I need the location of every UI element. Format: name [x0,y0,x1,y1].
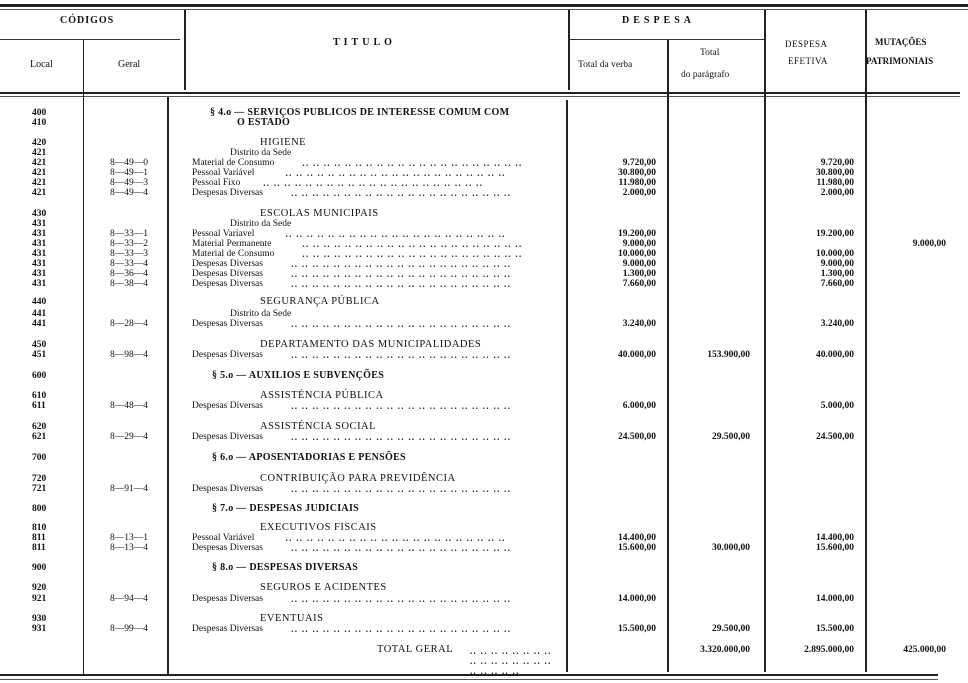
cell-geral: 8—33—4 [110,259,148,269]
cell-geral: 8—48—4 [110,401,148,411]
header-total-verba: Total da verba [578,60,632,70]
cell-local: 431 [32,279,46,289]
cell-despesa-efetiva: 14.400,00 [770,533,854,543]
cell-local: 931 [32,624,46,634]
cell-local: 930 [32,614,46,624]
cell-despesa-efetiva: 15.500,00 [770,624,854,634]
cell-local: 610 [32,391,46,401]
cell-local: 621 [32,432,46,442]
cell-total-verba: 9.000,00 [572,259,656,269]
leader-dots: .. .. .. .. .. .. .. .. .. .. .. .. .. .… [291,401,562,411]
cell-total-verba: 15.500,00 [572,624,656,634]
cell-total-verba: 14.000,00 [572,594,656,604]
local-geral-separator [83,40,84,675]
cell-local: 451 [32,350,46,360]
header-mutacoes-2: PATRIMONIAIS [866,56,933,66]
cell-despesa-efetiva: 1.300,00 [770,269,854,279]
cell-local: 721 [32,484,46,494]
cell-geral: 8—33—2 [110,239,148,249]
header-despesa-efetiva-2: EFETIVA [788,56,828,66]
codigos-titulo-separator [167,97,169,674]
section-title: § 8.o — DESPESAS DIVERSAS [212,563,358,573]
header-titulo: TITULO [333,38,396,48]
cell-geral: 8—28—4 [110,319,148,329]
leader-dots: .. .. .. .. .. .. .. .. .. .. .. .. .. .… [291,543,562,553]
cell-local: 431 [32,259,46,269]
header-total-paragrafo-2: do parágrafo [681,70,729,80]
bottom-rule-thin [0,679,938,680]
cell-local: 431 [32,219,46,229]
budget-table-page: CÓDIGOS Local Geral TITULO DESPESA Total… [0,0,968,683]
section-title: § 6.o — APOSENTADORIAS E PENSÕES [212,453,406,463]
header-rule [0,92,960,94]
cell-total-verba: 9.000,00 [572,239,656,249]
line-item-title: Despesas Diversas [192,594,263,604]
leader-dots: .. .. .. .. .. .. .. .. .. .. .. .. .. .… [291,594,562,604]
cell-geral: 8—29—4 [110,432,148,442]
cell-local: 421 [32,178,46,188]
leader-dots: .. .. .. .. .. .. .. .. .. .. .. .. .. .… [263,178,562,188]
cell-local: 900 [32,563,46,573]
subsection-title: CONTRIBUIÇÃO PARA PREVIDÊNCIA [260,474,456,484]
cell-total-verba: 10.000,00 [572,249,656,259]
cell-local: 600 [32,371,46,381]
cell-local: 800 [32,504,46,514]
line-item-title: Despesas Diversas [192,350,263,360]
cell-despesa-efetiva: 30.800,00 [770,168,854,178]
cell-despesa-efetiva: 5.000,00 [770,401,854,411]
leader-dots: .. .. .. .. .. .. .. .. .. .. .. .. .. .… [302,158,562,168]
section-title: § 5.o — AUXILIOS E SUBVENÇÕES [212,371,384,381]
line-item-title: Despesas Diversas [192,543,263,553]
cell-total-verba: 7.660,00 [572,279,656,289]
leader-dots: .. .. .. .. .. .. .. .. .. .. .. .. .. .… [291,432,562,442]
top-rule [0,4,968,7]
cell-local: 440 [32,297,46,307]
cell-local: 720 [32,474,46,484]
line-item-title: Despesas Diversas [192,319,263,329]
cell-local: 431 [32,249,46,259]
header-local: Local [30,60,53,70]
cell-despesa-efetiva: 14.000,00 [770,594,854,604]
bottom-rule [0,674,938,676]
total-mutacoes: 425.000,00 [870,645,946,655]
cell-local: 431 [32,239,46,249]
cell-despesa-efetiva: 40.000,00 [770,350,854,360]
cell-local: 620 [32,422,46,432]
cell-geral: 8—94—4 [110,594,148,604]
section-title: § 7.o — DESPESAS JUDICIAIS [212,504,359,514]
line-item-title: Pessoal Fixo [192,178,240,188]
cell-total-verba: 11.980,00 [572,178,656,188]
paragrafo-efetiva-separator [764,10,766,672]
cell-local: 811 [32,543,46,553]
cell-despesa-efetiva: 9.720,00 [770,158,854,168]
cell-geral: 8—49—4 [110,188,148,198]
cell-local: 810 [32,523,46,533]
cell-total-paragrafo: 29.500,00 [670,624,750,634]
cell-despesa-efetiva: 3.240,00 [770,319,854,329]
cell-geral: 8—13—1 [110,533,148,543]
header-codigos: CÓDIGOS [60,16,114,26]
header-rule-thin [0,96,960,97]
cell-local: 410 [32,118,46,128]
subsection-title: EXECUTIVOS FISCAIS [260,523,377,533]
cell-geral: 8—33—3 [110,249,148,259]
cell-local: 441 [32,309,46,319]
cell-total-verba: 30.800,00 [572,168,656,178]
titulo-despesa-separator-head [568,10,570,90]
leader-dots: .. .. .. .. .. .. .. .. .. .. .. .. .. .… [291,624,562,634]
line-item-title: Despesas Diversas [192,484,263,494]
cell-geral: 8—98—4 [110,350,148,360]
cell-despesa-efetiva: 24.500,00 [770,432,854,442]
cell-despesa-efetiva: 15.600,00 [770,543,854,553]
cell-local: 611 [32,401,46,411]
cell-geral: 8—38—4 [110,279,148,289]
cell-geral: 8—99—4 [110,624,148,634]
cell-local: 441 [32,319,46,329]
cell-local: 421 [32,188,46,198]
leader-dots: .. .. .. .. .. .. .. .. .. .. .. .. .. .… [286,533,562,543]
line-item-title: Pessoal Variável [192,533,254,543]
leader-dots: .. .. .. .. .. .. .. .. .. .. .. .. .. .… [291,279,562,289]
titulo-verba-separator [566,100,568,672]
cell-local: 421 [32,168,46,178]
header-total-paragrafo-1: Total [700,48,719,58]
line-item-title: Pessoal Variável [192,168,254,178]
header-mutacoes-1: MUTAÇÕES [875,37,926,47]
cell-total-verba: 40.000,00 [572,350,656,360]
cell-local: 400 [32,108,46,118]
district-label: Distrito da Sede [230,219,291,229]
subsection-title: SEGURANÇA PÚBLICA [260,297,380,307]
leader-dots: .. .. .. .. .. .. .. .. .. .. .. .. .. .… [286,168,562,178]
cell-despesa-efetiva: 9.000,00 [770,259,854,269]
cell-geral: 8—91—4 [110,484,148,494]
total-efetiva: 2.895.000,00 [770,645,854,655]
cell-local: 431 [32,229,46,239]
cell-geral: 8—49—0 [110,158,148,168]
subsection-title: ESCOLAS MUNICIPAIS [260,209,379,219]
line-item-title: Despesas Diversas [192,401,263,411]
cell-geral: 8—49—1 [110,168,148,178]
verba-paragrafo-separator [667,40,669,672]
cell-geral: 8—49—3 [110,178,148,188]
subsection-title: HIGIENE [260,138,306,148]
cell-local: 421 [32,148,46,158]
cell-despesa-efetiva: 2.000,00 [770,188,854,198]
header-despesa-efetiva-1: DESPESA [785,39,828,49]
leader-dots: .. .. .. .. .. .. .. .. .. .. .. .. .. .… [291,350,562,360]
top-rule-thin [0,9,968,10]
cell-total-paragrafo: 153.900,00 [670,350,750,360]
cell-total-verba: 3.240,00 [572,319,656,329]
cell-local: 430 [32,209,46,219]
cell-mutacoes: 9.000,00 [870,239,946,249]
cell-local: 431 [32,269,46,279]
codigos-divider [0,39,180,40]
cell-geral: 8—13—4 [110,543,148,553]
leader-dots: .. .. .. .. .. .. .. .. .. .. .. .. .. .… [302,249,562,259]
cell-total-verba: 15.600,00 [572,543,656,553]
subsection-title: DEPARTAMENTO DAS MUNICIPALIDADES [260,340,481,350]
leader-dots: .. .. .. .. .. .. .. .. .. .. .. .. .. .… [291,484,562,494]
cell-local: 421 [32,158,46,168]
district-label: Distrito da Sede [230,148,291,158]
cell-despesa-efetiva: 19.200,00 [770,229,854,239]
cell-despesa-efetiva: 7.660,00 [770,279,854,289]
total-leader-dots: .. .. .. .. .. .. .. .. .. .. .. .. .. .… [470,646,562,676]
cell-local: 700 [32,453,46,463]
cell-total-verba: 19.200,00 [572,229,656,239]
leader-dots: .. .. .. .. .. .. .. .. .. .. .. .. .. .… [302,239,562,249]
cell-despesa-efetiva: 10.000,00 [770,249,854,259]
cell-local: 811 [32,533,46,543]
line-item-title: Despesas Diversas [192,269,263,279]
subsection-title: ASSISTÉNCIA PÚBLICA [260,391,384,401]
line-item-title: Despesas Diversas [192,188,263,198]
line-item-title: Pessoal Variavel [192,229,254,239]
line-item-title: Despesas Diversas [192,432,263,442]
leader-dots: .. .. .. .. .. .. .. .. .. .. .. .. .. .… [291,188,562,198]
cell-despesa-efetiva: 11.980,00 [770,178,854,188]
total-paragrafo: 3.320.000,00 [670,645,750,655]
cell-local: 420 [32,138,46,148]
cell-local: 921 [32,594,46,604]
cell-local: 450 [32,340,46,350]
leader-dots: .. .. .. .. .. .. .. .. .. .. .. .. .. .… [291,259,562,269]
line-item-title: Material de Consumo [192,249,274,259]
line-item-title: Despesas Diversas [192,624,263,634]
line-item-title: Despesas Diversas [192,279,263,289]
efetiva-mutacoes-separator [865,10,867,672]
cell-total-verba: 1.300,00 [572,269,656,279]
leader-dots: .. .. .. .. .. .. .. .. .. .. .. .. .. .… [286,229,562,239]
subsection-title: SEGUROS E ACIDENTES [260,583,387,593]
cell-geral: 8—33—1 [110,229,148,239]
district-label: Distrito da Sede [230,309,291,319]
cell-total-verba: 6.000,00 [572,401,656,411]
codigos-titulo-separator-head [184,10,186,90]
cell-total-verba: 14.400,00 [572,533,656,543]
leader-dots: .. .. .. .. .. .. .. .. .. .. .. .. .. .… [291,319,562,329]
line-item-title: Despesas Diversas [192,259,263,269]
header-despesa: DESPESA [622,16,695,26]
cell-geral: 8—36—4 [110,269,148,279]
subsection-title: ASSISTÉNCIA SOCIAL [260,422,376,432]
cell-total-paragrafo: 29.500,00 [670,432,750,442]
subsection-title: EVENTUAIS [260,614,323,624]
cell-total-paragrafo: 30.000,00 [670,543,750,553]
cell-total-verba: 9.720,00 [572,158,656,168]
total-geral-label: TOTAL GERAL [377,645,453,655]
cell-total-verba: 24.500,00 [572,432,656,442]
line-item-title: Material de Consumo [192,158,274,168]
cell-local: 920 [32,583,46,593]
header-geral: Geral [118,60,140,70]
section-title: O ESTADO [237,118,290,128]
cell-total-verba: 2.000,00 [572,188,656,198]
line-item-title: Material Permanente [192,239,271,249]
leader-dots: .. .. .. .. .. .. .. .. .. .. .. .. .. .… [291,269,562,279]
